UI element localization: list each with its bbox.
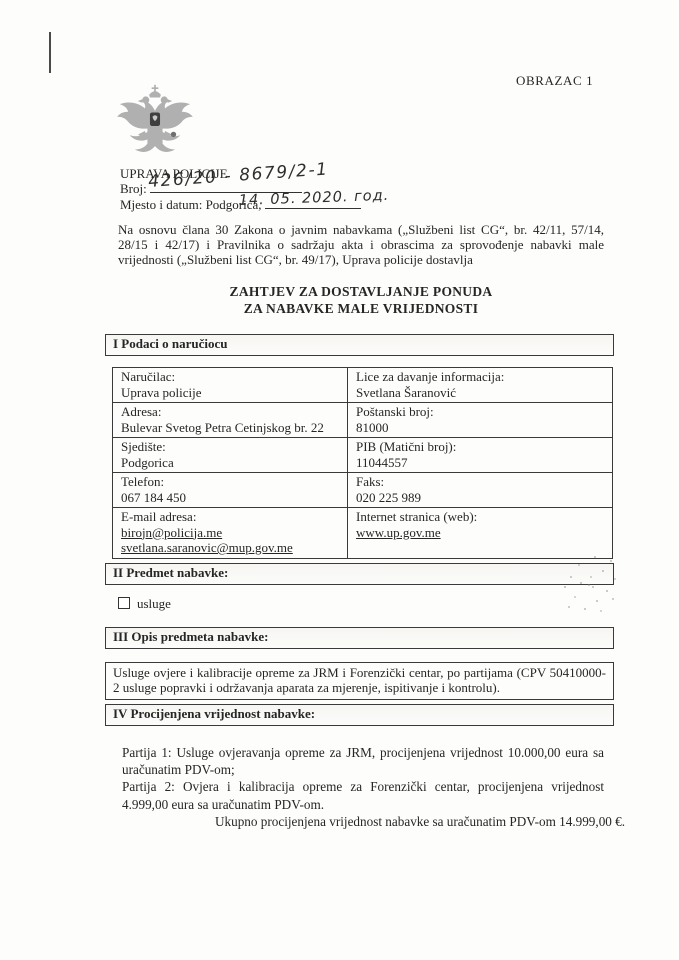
cell-value: Uprava policije	[121, 385, 339, 401]
table-row: Telefon: 067 184 450 Faks: 020 225 989	[113, 473, 613, 508]
section2-heading: II Predmet nabavke:	[105, 563, 614, 585]
document-title-line2: ZA NABAVKE MALE VRIJEDNOSTI	[118, 301, 604, 318]
cell-label: Internet stranica (web):	[356, 509, 604, 525]
cell-value: Podgorica	[121, 455, 339, 471]
cell-label: Adresa:	[121, 404, 339, 420]
form-label: OBRAZAC 1	[516, 73, 593, 89]
table-row: Sjedište: Podgorica PIB (Matični broj): …	[113, 438, 613, 473]
section3-heading: III Opis predmeta nabavke:	[105, 627, 614, 649]
table-row: E-mail adresa: birojn@policija.me svetla…	[113, 508, 613, 559]
section1-heading: I Podaci o naručiocu	[105, 334, 614, 356]
cell-label: Naručilac:	[121, 369, 339, 385]
cell-label: Telefon:	[121, 474, 339, 490]
usluge-checkbox-label: usluge	[137, 596, 171, 611]
email-link: birojn@policija.me	[121, 525, 339, 541]
document-title-line1: ZAHTJEV ZA DOSTAVLJANJE PONUDA	[118, 284, 604, 301]
table-row: Adresa: Bulevar Svetog Petra Cetinjskog …	[113, 403, 613, 438]
cell-label: PIB (Matični broj):	[356, 439, 604, 455]
partija2-paragraph: Partija 2: Ovjera i kalibracija opreme z…	[122, 778, 604, 812]
cell-label: Faks:	[356, 474, 604, 490]
email-link: svetlana.saranovic@mup.gov.me	[121, 540, 339, 556]
scanned-document-page: { "form_label": "OBRAZAC 1", "letterhead…	[0, 0, 679, 960]
section4-heading: IV Procijenjena vrijednost nabavke:	[105, 704, 614, 726]
cell-value: 020 225 989	[356, 490, 604, 506]
scan-artifact-line	[49, 32, 51, 73]
legal-basis-paragraph: Na osnovu člana 30 Zakona o javnim nabav…	[118, 222, 604, 268]
buyer-info-table: Naručilac: Uprava policije Lice za davan…	[112, 367, 613, 559]
cell-label: Poštanski broj:	[356, 404, 604, 420]
website-link: www.up.gov.me	[356, 525, 604, 541]
usluge-checkbox	[118, 597, 130, 609]
subject-type-line: usluge	[118, 596, 171, 612]
table-row: Naručilac: Uprava policije Lice za davan…	[113, 368, 613, 403]
cell-label: Sjedište:	[121, 439, 339, 455]
total-value-line: Ukupno procijenjena vrijednost nabavke s…	[122, 813, 604, 830]
partija1-paragraph: Partija 1: Usluge ovjeravanja opreme za …	[122, 744, 604, 778]
cell-value: Bulevar Svetog Petra Cetinjskog br. 22	[121, 420, 339, 436]
cell-label: E-mail adresa:	[121, 509, 339, 525]
faint-stamp-mark	[552, 548, 630, 626]
cell-value: 81000	[356, 420, 604, 436]
cell-value: 11044557	[356, 455, 604, 471]
cell-value: Svetlana Šaranović	[356, 385, 604, 401]
document-title: ZAHTJEV ZA DOSTAVLJANJE PONUDA ZA NABAVK…	[118, 284, 604, 317]
procurement-description: Usluge ovjere i kalibracije opreme za JR…	[105, 662, 614, 700]
broj-label: Broj:	[120, 181, 147, 196]
coat-of-arms-eagle-icon	[111, 84, 199, 168]
estimated-values-block: Partija 1: Usluge ovjeravanja opreme za …	[122, 744, 604, 830]
cell-value: 067 184 450	[121, 490, 339, 506]
cell-label: Lice za davanje informacija:	[356, 369, 604, 385]
